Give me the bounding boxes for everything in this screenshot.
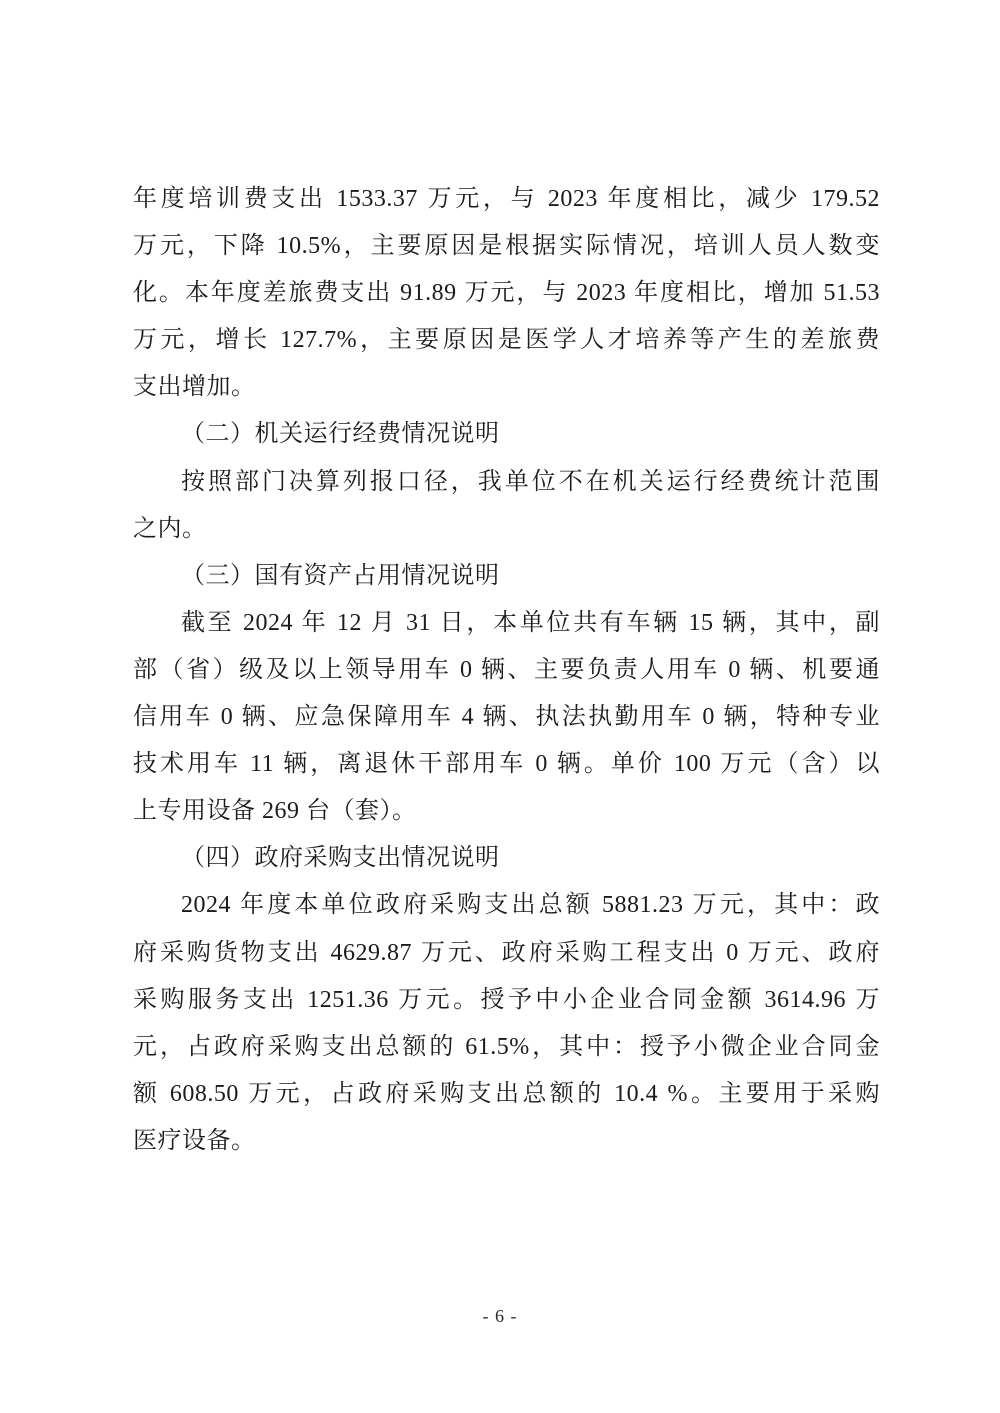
- text-line: 万元，增长 127.7%，主要原因是医学人才培养等产生的差旅费: [133, 317, 880, 364]
- text-line: 支出增加。: [133, 364, 880, 411]
- text-line: 部（省）级及以上领导用车 0 辆、主要负责人用车 0 辆、机要通: [133, 647, 880, 694]
- page-footer: - 6 -: [0, 1302, 1000, 1330]
- text-line: 信用车 0 辆、应急保障用车 4 辆、执法执勤用车 0 辆，特种专业: [133, 694, 880, 741]
- text-line: 元，占政府采购支出总额的 61.5%，其中：授予小微企业合同金: [133, 1024, 880, 1071]
- text-line: 万元，下降 10.5%，主要原因是根据实际情况，培训人员人数变: [133, 223, 880, 270]
- text-line: 府采购货物支出 4629.87 万元、政府采购工程支出 0 万元、政府: [133, 930, 880, 977]
- text-line: 医疗设备。: [133, 1118, 880, 1165]
- section-3-state-owned-assets: （三）国有资产占用情况说明 截至 2024 年 12 月 31 日，本单位共有车…: [133, 553, 880, 836]
- text-line: 2024 年度本单位政府采购支出总额 5881.23 万元，其中：政: [133, 882, 880, 929]
- text-line: 按照部门决算列报口径，我单位不在机关运行经费统计范围: [133, 459, 880, 506]
- report-body: 年度培训费支出 1533.37 万元，与 2023 年度相比，减少 179.52…: [133, 176, 880, 1165]
- section-heading: （二）机关运行经费情况说明: [133, 411, 880, 458]
- section-2-agency-operating-expense: （二）机关运行经费情况说明 按照部门决算列报口径，我单位不在机关运行经费统计范围…: [133, 411, 880, 552]
- section-heading: （四）政府采购支出情况说明: [133, 835, 880, 882]
- paragraph-training-travel-expense: 年度培训费支出 1533.37 万元，与 2023 年度相比，减少 179.52…: [133, 176, 880, 411]
- text-line: 采购服务支出 1251.36 万元。授予中小企业合同金额 3614.96 万: [133, 977, 880, 1024]
- report-page: 年度培训费支出 1533.37 万元，与 2023 年度相比，减少 179.52…: [0, 0, 1000, 1413]
- text-line: 额 608.50 万元，占政府采购支出总额的 10.4 %。主要用于采购: [133, 1071, 880, 1118]
- text-line: 截至 2024 年 12 月 31 日，本单位共有车辆 15 辆，其中，副: [133, 600, 880, 647]
- section-4-government-procurement: （四）政府采购支出情况说明 2024 年度本单位政府采购支出总额 5881.23…: [133, 835, 880, 1165]
- text-line: 年度培训费支出 1533.37 万元，与 2023 年度相比，减少 179.52: [133, 176, 880, 223]
- text-line: 之内。: [133, 506, 880, 553]
- text-line: 化。本年度差旅费支出 91.89 万元，与 2023 年度相比，增加 51.53: [133, 270, 880, 317]
- text-line: 上专用设备 269 台（套）。: [133, 788, 880, 835]
- text-line: 技术用车 11 辆，离退休干部用车 0 辆。单价 100 万元（含）以: [133, 741, 880, 788]
- page-number: - 6 -: [483, 1306, 518, 1326]
- section-heading: （三）国有资产占用情况说明: [133, 553, 880, 600]
